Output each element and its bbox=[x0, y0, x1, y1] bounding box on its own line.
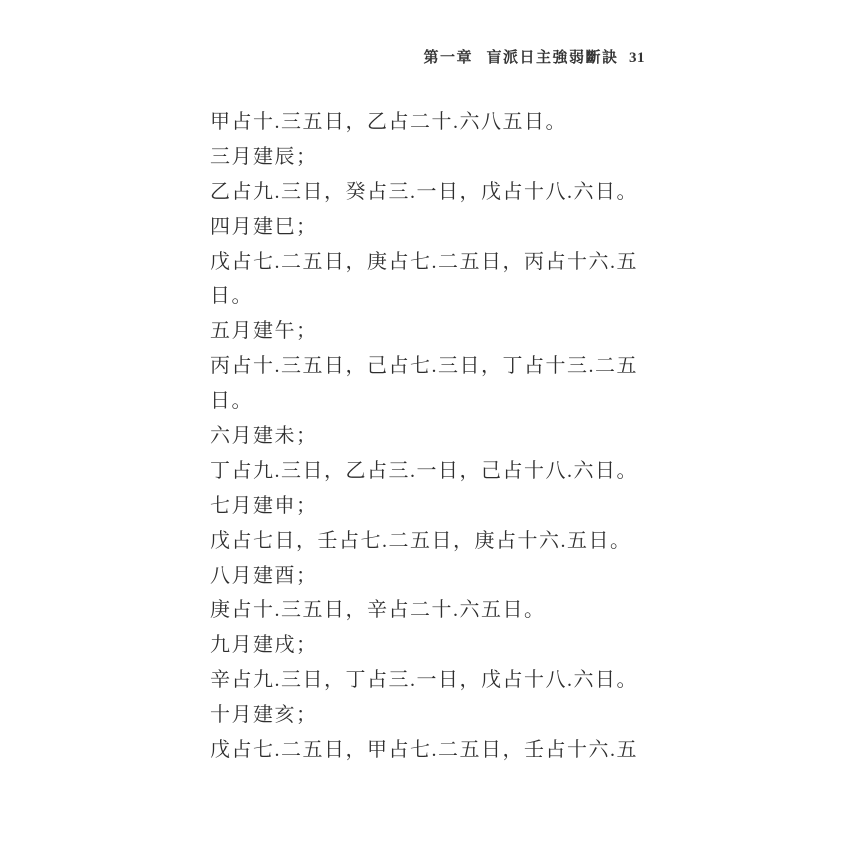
text-line: 五月建午； bbox=[210, 314, 655, 349]
text-line: 庚占十.三五日，辛占二十.六五日。 bbox=[210, 593, 655, 628]
book-page: 第一章盲派日主強弱斷訣31 甲占十.三五日，乙占二十.六八五日。 三月建辰； 乙… bbox=[0, 0, 850, 850]
text-line: 戊占七日，壬占七.二五日，庚占十六.五日。 bbox=[210, 524, 655, 559]
text-line: 日。 bbox=[210, 384, 655, 419]
text-line: 戊占七.二五日，庚占七.二五日，丙占十六.五 bbox=[210, 245, 655, 280]
text-line: 八月建酉； bbox=[210, 559, 655, 594]
chapter-title: 盲派日主強弱斷訣 bbox=[486, 50, 618, 66]
text-line: 六月建未； bbox=[210, 419, 655, 454]
text-line: 日。 bbox=[210, 279, 655, 314]
text-line: 四月建巳； bbox=[210, 210, 655, 245]
chapter-label: 第一章 bbox=[423, 50, 473, 66]
text-line: 辛占九.三日，丁占三.一日，戊占十八.六日。 bbox=[210, 663, 655, 698]
text-line: 九月建戌； bbox=[210, 628, 655, 663]
text-line: 三月建辰； bbox=[210, 140, 655, 175]
page-number: 31 bbox=[629, 50, 645, 66]
text-line: 乙占九.三日，癸占三.一日，戊占十八.六日。 bbox=[210, 175, 655, 210]
text-line: 戊占七.二五日，甲占七.二五日，壬占十六.五 bbox=[210, 733, 655, 768]
text-line: 丙占十.三五日，己占七.三日，丁占十三.二五 bbox=[210, 349, 655, 384]
text-line: 十月建亥； bbox=[210, 698, 655, 733]
text-line: 七月建申； bbox=[210, 489, 655, 524]
text-line: 丁占九.三日，乙占三.一日，己占十八.六日。 bbox=[210, 454, 655, 489]
running-header: 第一章盲派日主強弱斷訣31 bbox=[210, 46, 645, 67]
page-body: 甲占十.三五日，乙占二十.六八五日。 三月建辰； 乙占九.三日，癸占三.一日，戊… bbox=[210, 105, 655, 768]
text-line: 甲占十.三五日，乙占二十.六八五日。 bbox=[210, 105, 655, 140]
